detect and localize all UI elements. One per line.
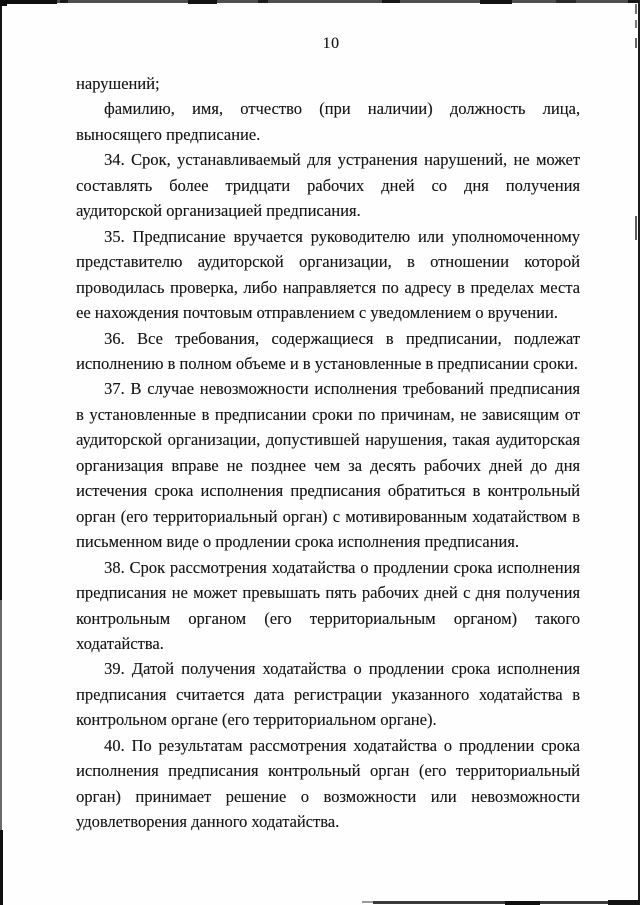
paragraph: 40. По результатам рассмотрения ходатайс… bbox=[76, 733, 580, 835]
scan-artifact-top-edge-mark bbox=[480, 0, 512, 4]
scan-artifact-top-edge-mark bbox=[188, 0, 217, 4]
scan-artifact-top-edge-mark bbox=[258, 0, 268, 3]
scan-artifact-left-edge-light bbox=[0, 600, 2, 830]
scan-artifact-top-edge-mark bbox=[556, 0, 576, 3]
paragraph: 35. Предписание вручается руководителю и… bbox=[76, 224, 580, 326]
scan-artifact-left-edge-bottom bbox=[0, 830, 3, 905]
page-number: 10 bbox=[22, 35, 640, 53]
paragraph: 37. В случае невозможности исполнения тр… bbox=[76, 376, 580, 554]
scan-artifact-top-left-corner bbox=[0, 0, 7, 6]
scan-artifact-bottom-edge bbox=[373, 901, 640, 904]
paragraph: 39. Датой получения ходатайства о продле… bbox=[76, 656, 580, 732]
paragraph: фамилию, имя, отчество (при наличии) дол… bbox=[76, 96, 580, 147]
scan-artifact-right-edge-mark bbox=[635, 20, 637, 28]
paragraph: 34. Срок, устанавливаемый для устранения… bbox=[76, 147, 580, 223]
scan-artifact-bottom-edge-mark bbox=[505, 901, 540, 905]
scan-artifact-top-edge-mark bbox=[628, 0, 640, 3]
paragraph: 38. Срок рассмотрения ходатайства о прод… bbox=[76, 555, 580, 657]
scan-artifact-right-edge-mark bbox=[635, 216, 637, 240]
scan-artifact-top-edge bbox=[0, 0, 640, 3]
paragraph: нарушений; bbox=[76, 71, 580, 96]
scan-artifact-right-edge-mark bbox=[635, 4, 637, 14]
scan-artifact-top-edge-mark bbox=[60, 0, 68, 3]
scan-artifact-left-edge bbox=[0, 0, 2, 905]
paragraph: 36. Все требования, содержащиеся в предп… bbox=[76, 326, 580, 377]
document-body: нарушений;фамилию, имя, отчество (при на… bbox=[76, 71, 580, 835]
scan-artifact-top-edge-mark bbox=[382, 0, 400, 3]
scan-artifact-bottom-edge-mark bbox=[362, 901, 373, 903]
scan-artifact-top-edge-mark bbox=[0, 0, 57, 4]
scanned-document-page: 10 нарушений;фамилию, имя, отчество (при… bbox=[0, 0, 640, 905]
scan-artifact-bottom-edge-mark bbox=[608, 900, 640, 905]
